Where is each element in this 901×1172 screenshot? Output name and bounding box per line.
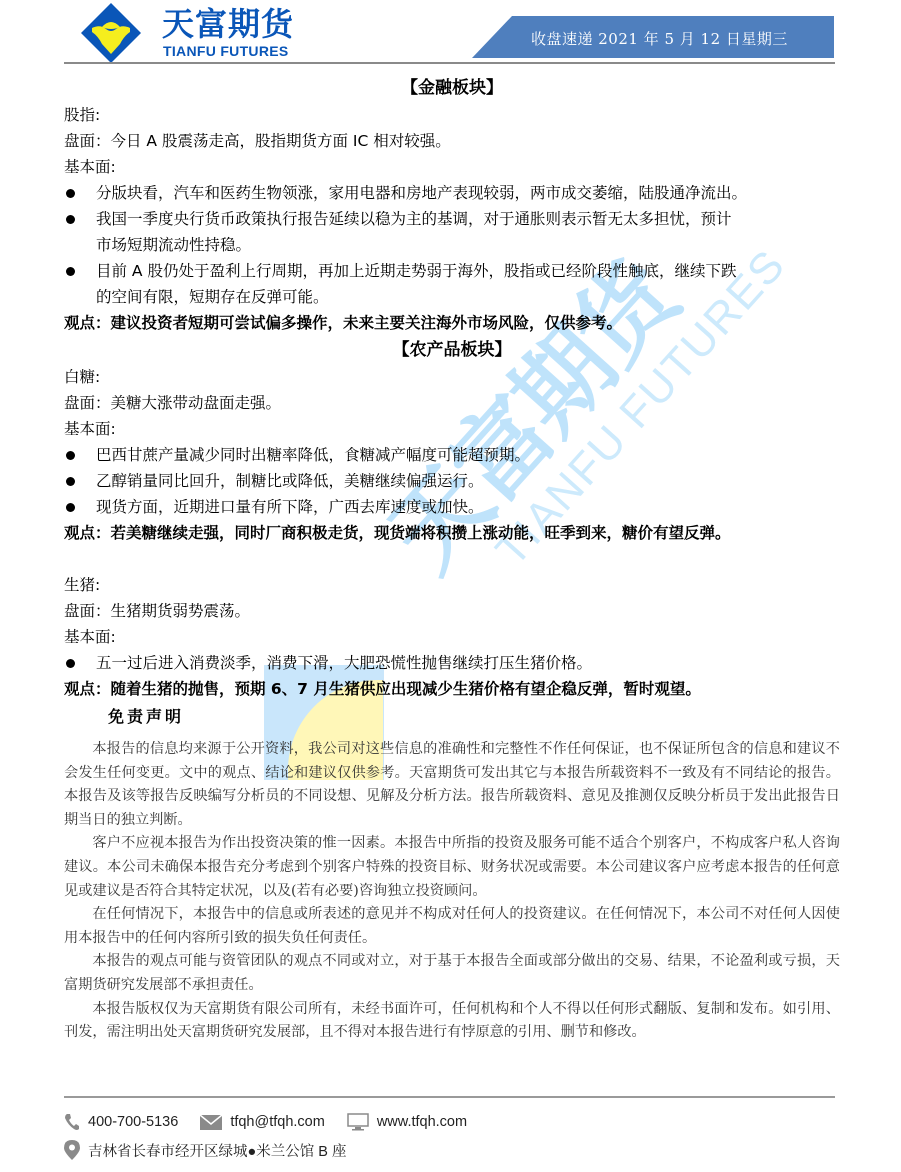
fundamentals-label: 基本面: [64,624,840,650]
disclaimer-paragraph: 客户不应视本报告为作出投资决策的惟一因素。本报告中所指的投资及服务可能不适合个别… [64,832,840,903]
monitor-icon [347,1113,369,1131]
contact-email: tfqh@tfqh.com [200,1114,325,1130]
bullet-dot-icon [66,477,75,486]
bullet-dot-icon [66,267,75,276]
view-statement: 观点：建议投资者短期可尝试偏多操作，未来主要关注海外市场风险，仅供参考。 [64,310,840,336]
tianfu-logo-icon [80,2,142,64]
logo-chinese-name: 天富期货 [162,6,294,42]
fundamentals-label: 基本面: [64,154,840,180]
subsection-name-sugar: 白糖: [64,364,840,390]
footer-divider [64,1096,835,1098]
market-summary: 盘面：美糖大涨带动盘面走强。 [64,390,840,416]
contact-address: 吉林省长春市经开区绿城●米兰公馆 B 座 [64,1140,347,1161]
bullet-dot-icon [66,503,75,512]
spacer [64,546,840,572]
section-title-agriculture: 【农产品板块】 [64,336,840,364]
address-text: 吉林省长春市经开区绿城●米兰公馆 B 座 [88,1140,347,1161]
bullet-item: 五一过后进入消费淡季，消费下滑，大肥恐慌性抛售继续打压生猪价格。 [64,650,840,676]
bullet-dot-icon [66,451,75,460]
contact-phone: 400-700-5136 [64,1113,178,1131]
subsection-name-hog: 生猪: [64,572,840,598]
phone-number: 400-700-5136 [88,1114,178,1130]
bullet-dot-icon [66,189,75,198]
email-address[interactable]: tfqh@tfqh.com [230,1114,325,1130]
market-summary: 盘面：今日 A 股震荡走高，股指期货方面 IC 相对较强。 [64,128,840,154]
subsection-name-stock-index: 股指: [64,102,840,128]
bullet-item: 现货方面，近期进口量有所下降，广西去库速度或加快。 [64,494,840,520]
contact-website: www.tfqh.com [347,1113,467,1131]
section-title-finance: 【金融板块】 [64,74,840,102]
disclaimer-paragraph: 本报告版权仅为天富期货有限公司所有，未经书面许可，任何机构和个人不得以任何形式翻… [64,998,840,1045]
bullet-dot-icon [66,659,75,668]
view-statement: 观点：随着生猪的抛售，预期 6、7 月生猪供应出现减少生猪价格有望企稳反弹，暂时… [64,676,840,702]
bullet-dot-icon [66,215,75,224]
report-body: 【金融板块】 股指: 盘面：今日 A 股震荡走高，股指期货方面 IC 相对较强。… [64,74,840,702]
date-banner-text: 收盘速递 2021 年 5 月 12 日星期三 [531,28,788,49]
bullet-item: 我国一季度央行货币政策执行报告延续以稳为主的基调，对于通胀则表示暂无太多担忧，预… [64,206,840,258]
address-row: 吉林省长春市经开区绿城●米兰公馆 B 座 [64,1136,840,1164]
bullet-item: 目前 A 股仍处于盈利上行周期，再加上近期走势弱于海外，股指或已经阶段性触底，继… [64,258,840,310]
header-divider [64,62,835,64]
contact-footer: 400-700-5136 tfqh@tfqh.com www.tfqh.com … [64,1108,840,1164]
bullet-item: 分版块看，汽车和医药生物领涨，家用电器和房地产表现较弱，两市成交萎缩，陆股通净流… [64,180,840,206]
logo-english-name: TIANFU FUTURES [163,43,289,59]
fundamentals-label: 基本面: [64,416,840,442]
phone-icon [64,1113,80,1131]
disclaimer-paragraph: 本报告的信息均来源于公开资料，我公司对这些信息的准确性和完整性不作任何保证，也不… [64,738,840,832]
mail-icon [200,1114,222,1130]
disclaimer-title: 免责声明 [108,704,184,727]
bullet-item: 乙醇销量同比回升，制糖比或降低，美糖继续偏强运行。 [64,468,840,494]
disclaimer-paragraph: 在任何情况下，本报告中的信息或所表述的意见并不构成对任何人的投资建议。在任何情况… [64,903,840,950]
view-statement: 观点：若美糖继续走强，同时厂商积极走货，现货端将积攒上涨动能，旺季到来，糖价有望… [64,520,840,546]
bullet-item: 巴西甘蔗产量减少同时出糖率降低，食糖减产幅度可能超预期。 [64,442,840,468]
disclaimer-body: 本报告的信息均来源于公开资料，我公司对这些信息的准确性和完整性不作任何保证，也不… [64,738,840,1045]
location-pin-icon [64,1140,80,1160]
market-summary: 盘面：生猪期货弱势震荡。 [64,598,840,624]
disclaimer-paragraph: 本报告的观点可能与资管团队的观点不同或对立，对于基于本报告全面或部分做出的交易、… [64,950,840,997]
page-header: 天富期货 TIANFU FUTURES 收盘速递 2021 年 5 月 12 日… [0,0,901,66]
contact-row: 400-700-5136 tfqh@tfqh.com www.tfqh.com [64,1108,840,1136]
website-url[interactable]: www.tfqh.com [377,1114,467,1130]
